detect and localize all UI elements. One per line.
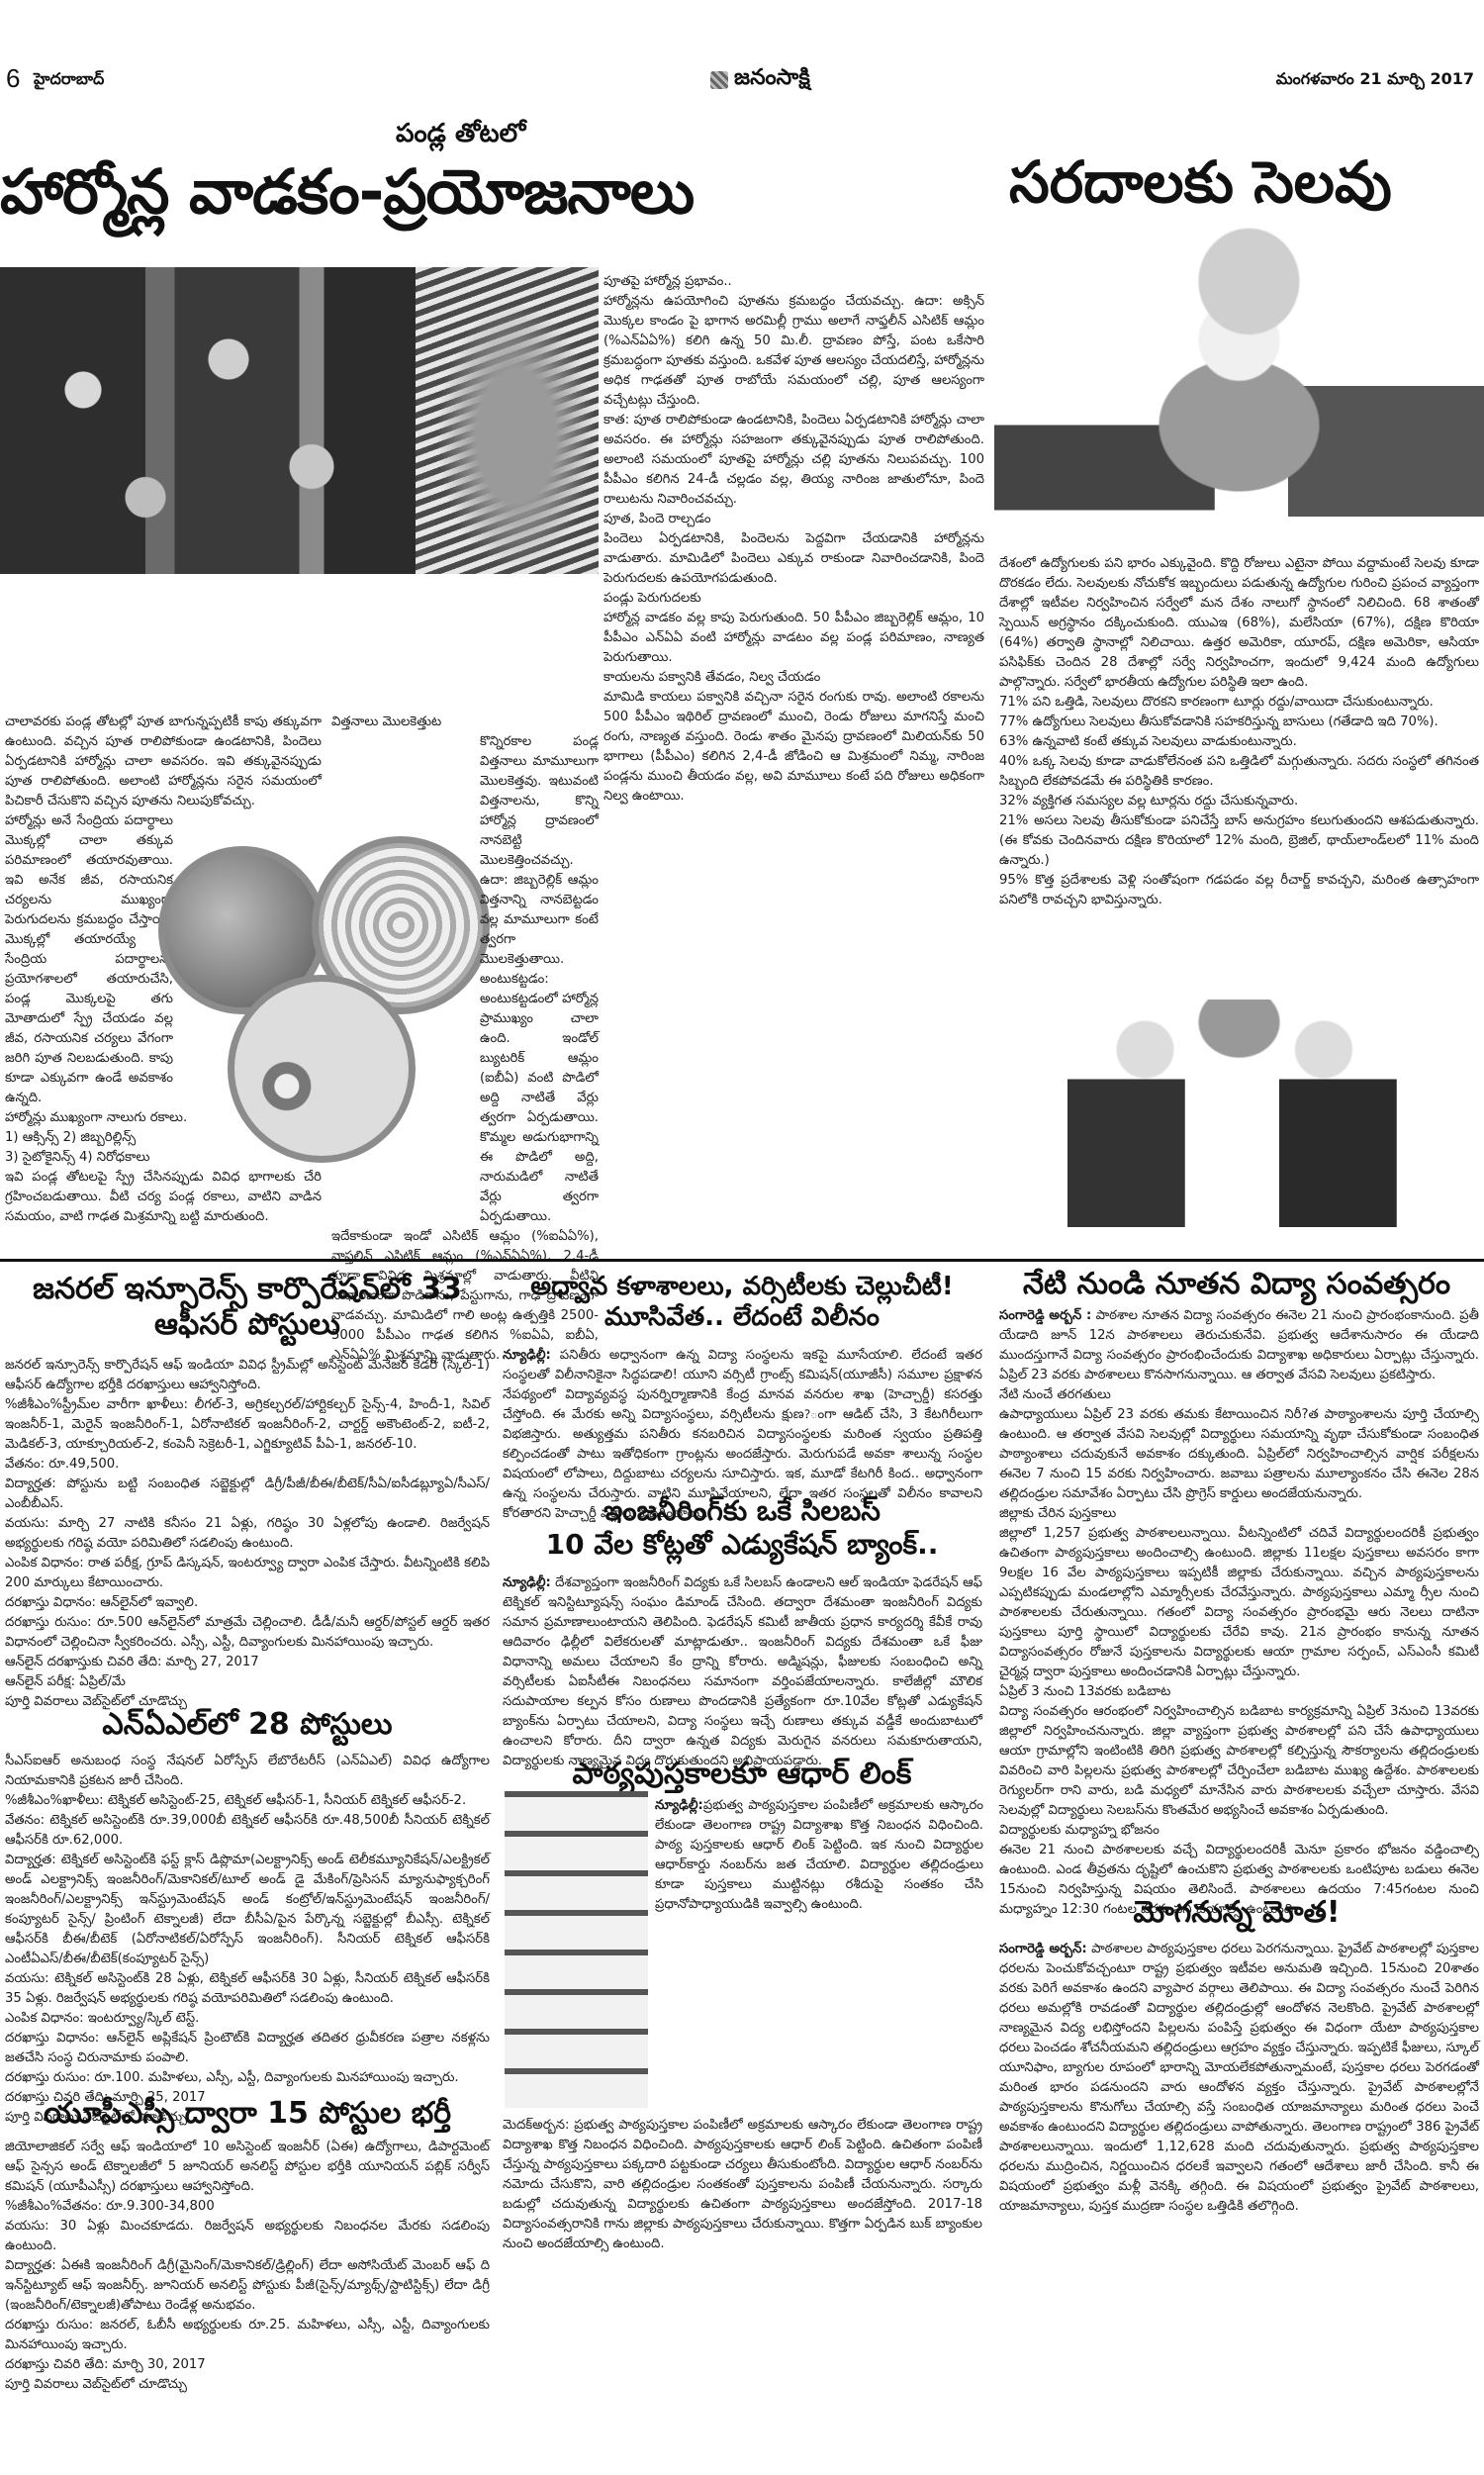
- subhead: పూత, పిందె రాల్చడం: [603, 510, 984, 529]
- engineering-article: న్యూఢిల్లీ: దేశవ్యాప్తంగా ఇంజనీరింగ్ విద…: [503, 1573, 982, 1771]
- feature-headline: హార్మోన్ల వాడకం-ప్రయోజనాలు: [0, 158, 979, 226]
- dateline: న్యూఢిల్లీ:: [503, 1348, 551, 1363]
- colleges-headline: అధ్వాన కళాశాలలు, వర్సిటీలకు చెల్లుచీటీ! …: [495, 1272, 989, 1333]
- dateline: సంగారెడ్డి అర్బన్ :: [999, 1308, 1091, 1323]
- paragraph: పాఠశాలల పాఠ్యపుస్తకాల ధరలు పెరగనున్నాయి.…: [999, 1942, 1479, 2214]
- subhead: విద్యార్థులకు మధ్యాహ్న భోజనం: [999, 1821, 1479, 1841]
- logo-text: జనంసాక్షి: [734, 65, 810, 95]
- nal-headline: ఎన్ఏఎల్‌లో 28 పోస్టులు: [0, 1707, 495, 1743]
- stat-item: 95% కొత్త ప్రదేశాలకు వెళ్లి సంతోషంగా గడప…: [999, 871, 1479, 910]
- paragraph: వయసు: 30 ఏళ్లు మించకూడదు. రిజర్వేషన్ అభ్…: [5, 2217, 490, 2256]
- paragraph: వేతనం: టెక్నికల్ అసిస్టెంట్‌కి రూ.39,000…: [5, 1811, 490, 1851]
- headline-line: మూసివేత.. లేదంటే విలీనం: [604, 1302, 880, 1332]
- headline-line: ఇంజనీరింగ్‌కు ఒకే సిలబస్: [603, 1494, 881, 1527]
- paragraph: హార్మోన్ల వాడకం వల్ల కాపు పెరుగుతుంది. 5…: [603, 609, 984, 668]
- paragraph: హార్మోన్లు అనే సేంద్రియ పదార్థాలు మొక్కల…: [5, 811, 173, 1108]
- paragraph: ప్రభుత్వ పాఠ్యపుస్తకాల పంపిణీలో అక్రమాలక…: [655, 1798, 983, 1912]
- stat-item: 63% ఉన్నవాటి కంటే తక్కువ సెలవులు వాడుకుం…: [999, 732, 1479, 752]
- upsc-article: జియోలాజికల్ సర్వే ఆఫ్ ఇండియాలో 10 అసిస్ట…: [5, 2138, 490, 2395]
- aadhaar-article-continued: మెదక్‌అర్బన: ప్రభుత్వ పాఠ్యపుస్తకాల పంపి…: [503, 2116, 982, 2254]
- paragraph: ఆన్‌లైన్ పరీక్ష: ఏప్రిల్/మే: [5, 1672, 490, 1692]
- nal-article: సీఎస్ఐఆర్ అనుబంధ సంస్థ నేషనల్ ఏరోస్పేస్ …: [5, 1752, 490, 2128]
- headline-line: 10 వేల కోట్లతో ఎడ్యుకేషన్ బ్యాంక్..: [546, 1528, 939, 1561]
- paragraph: పూర్తి వివరాలు వెబ్‌సైట్‌లో చూడొచ్చు: [5, 2375, 490, 2395]
- paragraph: హార్మోన్లను ఉపయోగించి పూతను క్రమబద్ధం చే…: [603, 292, 984, 411]
- businessmen-illustration: [1004, 1000, 1474, 1227]
- paragraph: చాలావరకు పండ్ల తోటల్లో పూత బాగున్నప్పటిక…: [5, 713, 322, 811]
- new-year-article: సంగారెడ్డి అర్బన్ : పాఠశాల నూతన విద్యా స…: [999, 1306, 1479, 1920]
- deadline: దరఖాస్తు చివరి తేది: మార్చి 30, 2017: [5, 2355, 490, 2375]
- subhead: విత్తనాలు మొలకెత్తుట: [331, 713, 599, 732]
- subhead: అంటుకట్టడం:: [331, 970, 599, 990]
- paragraph: వయసు: టెక్నికల్ అసిస్టెంట్‌కి 28 ఏళ్లు, …: [5, 1969, 490, 2009]
- feature-kicker: పండ్ల తోటలో: [396, 119, 525, 154]
- stat-item: 32% వ్యక్తిగత సమస్యల వల్ల టూర్లను రద్దు …: [999, 792, 1479, 811]
- paragraph: వయసు: మార్చి 27 నాటికి కనీసం 21 ఏళ్లు, గ…: [5, 1514, 490, 1554]
- gic-article: జనరల్ ఇన్సూరెన్స్ కార్పొరేషన్ ఆఫ్ ఇండియా…: [5, 1356, 490, 1712]
- orchard-photo: [0, 267, 416, 574]
- paragraph: మెదక్‌అర్బన: ప్రభుత్వ పాఠ్యపుస్తకాల పంపి…: [503, 2116, 982, 2254]
- logo-emblem-icon: [710, 71, 728, 89]
- new-year-headline: నేటి నుండి నూతన విద్యా సంవత్సరం: [989, 1267, 1484, 1302]
- subhead: కాయలను పక్వానికి తేవడం, నిల్వ చేయడం: [603, 668, 984, 688]
- edition-city: హైదరాబాద్: [34, 69, 104, 92]
- paragraph: దరఖాస్తు రుసుం: రూ.100. మహిళలు, ఎస్సీ, ఎ…: [5, 2068, 490, 2088]
- headline-line: అధ్వాన కళాశాలలు, వర్సిటీలకు చెల్లుచీటీ!: [530, 1272, 953, 1301]
- paragraph: ఉపాధ్యాయులు ఏప్రిల్ 23 వరకు తమకు కేటాయిం…: [999, 1405, 1479, 1504]
- feature-column-2: విత్తనాలు మొలకెత్తుట కొన్నిరకాల పండ్ల వి…: [331, 713, 599, 1366]
- paragraph: మామిడి కాయలు పక్వానికి వచ్చినా సరైన రంగు…: [603, 688, 984, 807]
- paragraph: %జీశీఎం%వేతనం: రూ.9.300-34,800: [5, 2197, 490, 2217]
- subhead: జిల్లాకు చేరిన పుస్తకాలు: [999, 1504, 1479, 1524]
- paragraph: విద్యా సంవత్సరం ఆరంభంలో నిర్వహించాల్సిన …: [999, 1702, 1479, 1821]
- burden-headline: మోగనున్న మోత!: [989, 1895, 1484, 1931]
- paragraph: దరఖాస్తు రుసుం: రూ.500 ఆన్‌లైన్‌లో మాత్ర…: [5, 1613, 490, 1653]
- aadhaar-headline: పాఠ్యపుస్తకాలకూ ఆధార్ లింక్: [495, 1757, 989, 1792]
- paragraph: అంటుకట్టడంలో హార్మోన్ల ప్రాముఖ్యం చాలా ఉ…: [331, 990, 599, 1227]
- engineering-headline: ఇంజనీరింగ్‌కు ఒకే సిలబస్ 10 వేల కోట్లతో …: [495, 1494, 989, 1561]
- textbooks-stack-photo: [505, 1791, 648, 2108]
- feature-column-3: పూతపై హార్మోన్ల ప్రభావం.. హార్మోన్లను ఉప…: [603, 272, 984, 807]
- paragraph: పిందెలు ఏర్పడటానికి, పిందెలను పెద్దవిగా …: [603, 529, 984, 589]
- paragraph: దరఖాస్తు విధానం: ఆన్‌లైన్ అప్లికేషన్ ప్ర…: [5, 2029, 490, 2068]
- newspaper-logo: జనంసాక్షి: [710, 65, 810, 95]
- paragraph: విద్యార్హత: టెక్నికల్ అసిస్టెంట్‌కి ఫస్ట…: [5, 1851, 490, 1969]
- paragraph: వేతనం: రూ.49,500.: [5, 1455, 490, 1475]
- paragraph: %జీశీఎం%ఖాళీలు: టెక్నికల్ అసిస్టెంట్-25,…: [5, 1791, 490, 1811]
- paragraph: దరఖాస్తు రుసుం: జనరల్, ఓబీసీ అభ్యర్థులకు…: [5, 2316, 490, 2355]
- dateline: సంగారెడ్డి అర్బన్:: [999, 1942, 1087, 1956]
- vacation-article: దేశంలో ఉద్యోగులకు పని భారం ఎక్కువైంది. క…: [999, 554, 1479, 910]
- subhead: పండ్లు పెరుగుదలకు: [603, 589, 984, 609]
- dateline: న్యూఢిల్లీ:: [503, 1575, 551, 1590]
- upsc-headline: యూపీఎస్సీ ద్వారా 15 పోస్టుల భర్తీ: [0, 2096, 495, 2132]
- section-divider: [0, 1259, 1484, 1262]
- paragraph: కాత: పూత రాలిపోకుండా ఉండటానికి, పిందెలు …: [603, 411, 984, 510]
- paragraph: కొన్నిరకాల పండ్ల విత్తనాలు మామూలుగా మొలక…: [331, 732, 599, 970]
- page-number: 6: [6, 63, 20, 94]
- paragraph: విద్యార్హత: పోస్టును బట్టి సంబంధిత సబ్జె…: [5, 1475, 490, 1514]
- masthead: 6 హైదరాబాద్ జనంసాక్షి మంగళవారం 21 మార్చి…: [0, 0, 1484, 89]
- subhead: పూతపై హార్మోన్ల ప్రభావం..: [603, 272, 984, 292]
- burden-article: సంగారెడ్డి అర్బన్: పాఠశాలల పాఠ్యపుస్తకాల…: [999, 1940, 1479, 2217]
- paragraph: ఎంపిక విధానం: ఇంటర్వ్యూ/స్కిల్ టెస్ట్.: [5, 2009, 490, 2029]
- deadline: ఆన్‌లైన్ దరఖాస్తుకు చివరి తేది: మార్చి 2…: [5, 1653, 490, 1672]
- paragraph: జియోలాజికల్ సర్వే ఆఫ్ ఇండియాలో 10 అసిస్ట…: [5, 2138, 490, 2197]
- traveler-cartoon-illustration: [994, 223, 1484, 549]
- paragraph: విద్యార్హత: ఏఈకి ఇంజనీరింగ్ డిగ్రీ(మైనిం…: [5, 2256, 490, 2316]
- paragraph: ఎంపిక విధానం: రాత పరీక్ష, గ్రూప్ డిస్కషన…: [5, 1554, 490, 1593]
- subhead: ఏప్రిల్ 3 నుంచి 13వరకు బడిబాట: [999, 1682, 1479, 1702]
- paragraph: జిల్లాలో 1,257 ప్రభుత్వ పాఠశాలలున్నాయి. …: [999, 1524, 1479, 1682]
- paragraph: దరఖాస్తు విధానం: ఆన్‌లైన్‌లో ఇవ్వాలి.: [5, 1593, 490, 1613]
- dateline: న్యూఢిల్లీ:: [655, 1798, 703, 1813]
- issue-date: మంగళవారం 21 మార్చి 2017: [1276, 69, 1474, 92]
- subhead: నేటి నుంచే తరగతులు: [999, 1385, 1479, 1405]
- stat-item: 21% అసలు సెలవు తీసుకోకుండా పనిచేస్తే బాస…: [999, 811, 1479, 871]
- vacation-headline: సరదాలకు సెలవు: [1009, 148, 1392, 231]
- stat-item: 40% ఒక్క సెలవు కూడా వాడుకోలేనంత పని ఒత్త…: [999, 752, 1479, 792]
- paragraph: దేశవ్యాప్తంగా ఇంజనీరింగ్ విద్యకు ఒకే సిల…: [503, 1575, 982, 1768]
- paragraph: జనరల్ ఇన్సూరెన్స్ కార్పొరేషన్ ఆఫ్ ఇండియా…: [5, 1356, 490, 1395]
- stat-item: 71% పని ఒత్తిడి, సెలవులు దొరకని కారణంగా …: [999, 693, 1479, 713]
- paragraph: %జీశీఎం%స్ట్రీమ్‌ల వారీగా ఖాళీలు: లీగల్-…: [5, 1395, 490, 1455]
- gic-headline: జనరల్ ఇన్సూరెన్స్ కార్పొరేషన్‌లో 33 ఆఫీస…: [0, 1272, 495, 1343]
- banana-bunch-photo: [416, 267, 599, 574]
- stat-item: 77% ఉద్యోగులు సెలవులు తీసుకోవడానికి సహకర…: [999, 713, 1479, 732]
- aadhaar-article: న్యూఢిల్లీ:ప్రభుత్వ పాఠ్యపుస్తకాల పంపిణీ…: [655, 1796, 983, 1915]
- paragraph: దేశంలో ఉద్యోగులకు పని భారం ఎక్కువైంది. క…: [999, 554, 1479, 693]
- paragraph: సీఎస్ఐఆర్ అనుబంధ సంస్థ నేషనల్ ఏరోస్పేస్ …: [5, 1752, 490, 1791]
